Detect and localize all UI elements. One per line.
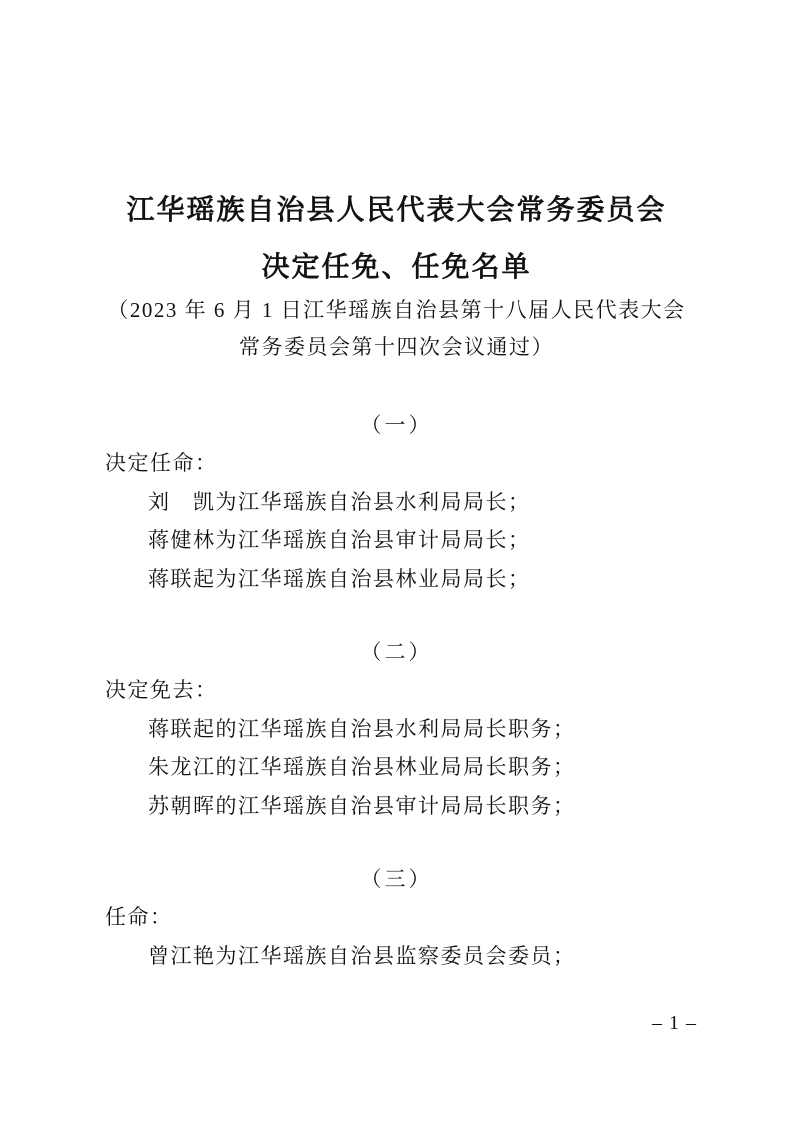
document-subtitle-line-1: （2023 年 6 月 1 日江华瑶族自治县第十八届人民代表大会 (0, 298, 793, 322)
section-1-item: 蒋健林为江华瑶族自治县审计局局长； (148, 528, 531, 552)
section-1-item: 刘 凯为江华瑶族自治县水利局局长； (148, 490, 531, 514)
section-1-item: 蒋联起为江华瑶族自治县林业局局长； (148, 567, 531, 591)
document-title-line-2: 决定任免、任免名单 (0, 252, 793, 284)
section-3-lead: 任命： (105, 905, 173, 929)
section-3-item: 曾江艳为江华瑶族自治县监察委员会委员； (148, 944, 576, 968)
document-title-line-1: 江华瑶族自治县人民代表大会常务委员会 (0, 195, 793, 227)
section-2-lead: 决定免去： (105, 678, 218, 702)
section-1-lead: 决定任命： (105, 451, 218, 475)
section-3-marker: （三） (0, 867, 793, 891)
section-2-item: 蒋联起的江华瑶族自治县水利局局长职务； (148, 717, 576, 741)
section-2-marker: （二） (0, 640, 793, 664)
page-number: – 1 – (652, 1012, 697, 1035)
document-page: 江华瑶族自治县人民代表大会常务委员会 决定任免、任免名单 （2023 年 6 月… (0, 0, 793, 1122)
section-1-marker: （一） (0, 413, 793, 437)
document-subtitle-line-2: 常务委员会第十四次会议通过） (0, 335, 793, 359)
section-2-item: 苏朝晖的江华瑶族自治县审计局局长职务； (148, 794, 576, 818)
section-2-item: 朱龙江的江华瑶族自治县林业局局长职务； (148, 755, 576, 779)
